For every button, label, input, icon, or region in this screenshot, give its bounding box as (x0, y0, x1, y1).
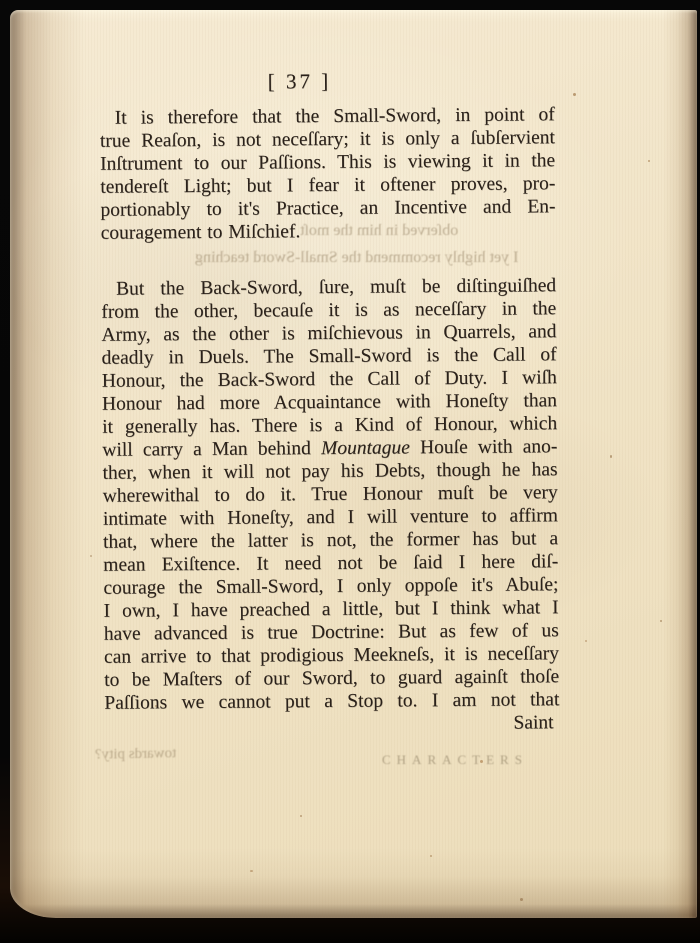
paper-speck (610, 455, 612, 458)
text-line: couragement to Miſchief. (101, 218, 556, 245)
book-page: obſerved in him the moſt I yet highly re… (10, 10, 697, 918)
catchword: Saint (104, 711, 559, 738)
paper-speck (300, 815, 302, 817)
scan-background: obſerved in him the moſt I yet highly re… (0, 0, 700, 943)
text-line: Paſſions we cannot put a Stop to. I am n… (104, 688, 559, 715)
paper-speck (660, 620, 662, 622)
paragraph-1: It is therefore that the Small-Sword, in… (100, 103, 556, 245)
text-segment: will carry a Man behind (102, 438, 321, 461)
page-number: [ 37 ] (99, 68, 554, 98)
italic-word-mountague: Mountague (321, 437, 410, 459)
text-line: portionably to it's Practice, an Incenti… (100, 195, 555, 222)
paper-speck (573, 93, 576, 96)
paper-speck (648, 160, 650, 162)
paper-speck (430, 855, 432, 857)
paper-speck (480, 760, 483, 763)
body-text: [ 37 ] It is therefore that the Small-Sw… (99, 68, 559, 738)
paper-speck (250, 870, 253, 872)
paragraph-2: But the Back-Sword, ſure, muſt be diſtin… (101, 274, 559, 715)
paper-speck (90, 555, 92, 557)
paper-speck (585, 640, 587, 642)
bleedthrough-running-title: CHARACTERS (382, 752, 528, 768)
bleedthrough-text: towards pity? (95, 745, 177, 763)
paper-speck (520, 898, 523, 901)
text-segment: Houſe with ano- (410, 436, 558, 458)
